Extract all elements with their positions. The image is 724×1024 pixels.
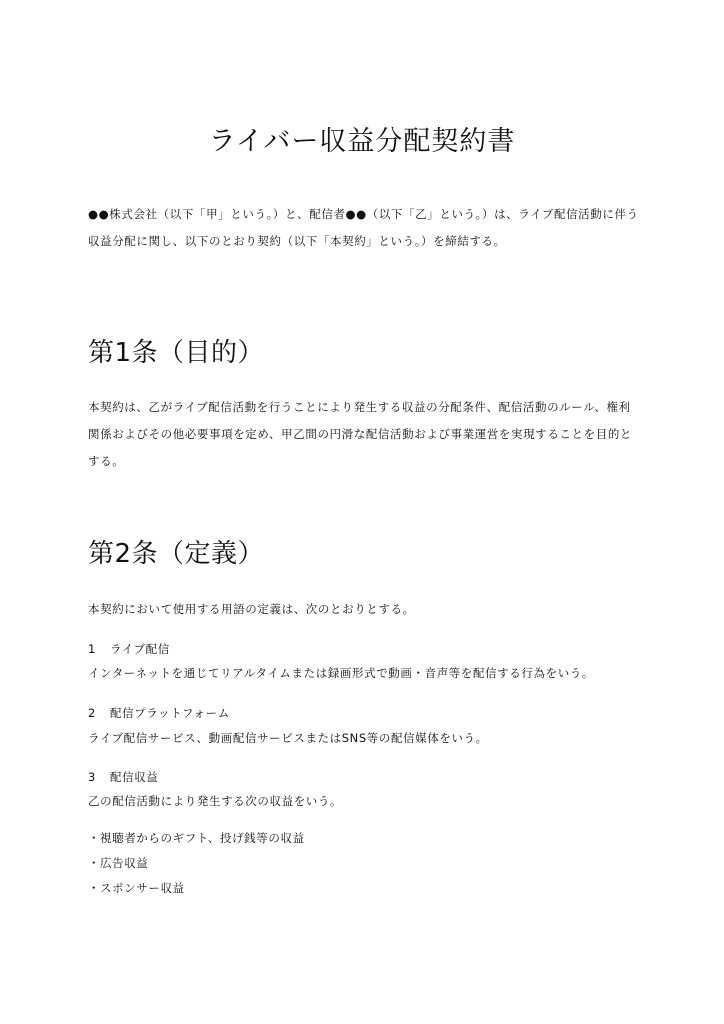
- preamble-paragraph: ●●株式会社（以下「甲」という。）と、配信者●●（以下「乙」という。）は、ライブ…: [88, 201, 640, 255]
- revenue-bullet-2-text: 広告収益: [100, 856, 148, 870]
- definition-3-description: 乙の配信活動により発生する次の収益をいう。: [88, 793, 342, 809]
- bullet-icon: ・: [88, 880, 100, 896]
- definition-1-term-label: ライブ配信: [110, 642, 170, 656]
- revenue-bullet-1-text: 視聴者からのギフト、投げ銭等の収益: [100, 831, 305, 845]
- document-page: ライバー収益分配契約書 ●●株式会社（以下「甲」という。）と、配信者●●（以下「…: [0, 0, 724, 1024]
- definition-2-number: 2: [88, 705, 110, 721]
- bullet-icon: ・: [88, 855, 100, 871]
- definition-2-term: 2配信プラットフォーム: [88, 705, 230, 721]
- article-1-heading: 第1条（目的）: [88, 335, 264, 371]
- definition-3-term: 3配信収益: [88, 769, 158, 785]
- definition-3-number: 3: [88, 769, 110, 785]
- definition-1-description: インターネットを通じてリアルタイムまたは録画形式で動画・音声等を配信する行為をい…: [88, 665, 594, 681]
- article-2-intro: 本契約において使用する用語の定義は、次のとおりとする。: [88, 601, 415, 617]
- revenue-bullet-3: ・スポンサー収益: [88, 880, 185, 896]
- document-title: ライバー収益分配契約書: [0, 124, 724, 160]
- definition-2-term-label: 配信プラットフォーム: [110, 706, 230, 720]
- revenue-bullet-1: ・視聴者からのギフト、投げ銭等の収益: [88, 830, 305, 846]
- article-1-body: 本契約は、乙がライブ配信活動を行うことにより発生する収益の分配条件、配信活動のル…: [88, 394, 640, 475]
- bullet-icon: ・: [88, 830, 100, 846]
- article-2-heading: 第2条（定義）: [88, 536, 264, 572]
- definition-2-description: ライブ配信サービス、動画配信サービスまたはSNS等の配信媒体をいう。: [88, 730, 488, 746]
- revenue-bullet-3-text: スポンサー収益: [100, 881, 185, 895]
- definition-3-term-label: 配信収益: [110, 770, 158, 784]
- revenue-bullet-2: ・広告収益: [88, 855, 148, 871]
- definition-1-term: 1ライブ配信: [88, 641, 170, 657]
- definition-1-number: 1: [88, 641, 110, 657]
